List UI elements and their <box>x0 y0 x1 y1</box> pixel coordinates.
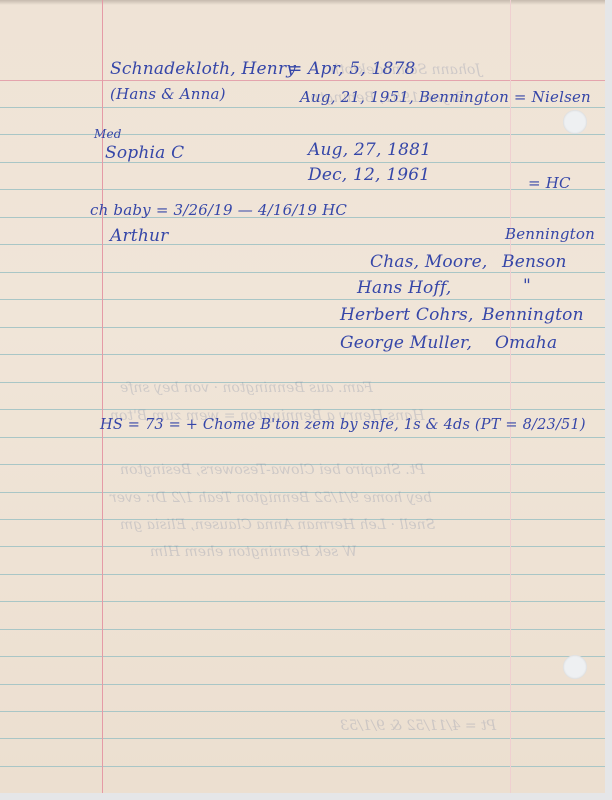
pallbearer-name: George Muller, <box>340 335 472 352</box>
birth-date: = Apr, 5, 1878 <box>288 61 416 78</box>
ruled-line <box>0 738 605 739</box>
ruled-line <box>0 244 605 245</box>
married-label: Med <box>94 128 122 140</box>
pallbearer-place: Omaha <box>495 335 557 352</box>
spouse-birth: Aug, 27, 1881 <box>308 142 431 159</box>
pallbearer-place-header: Bennington <box>505 227 595 242</box>
ruled-line <box>0 354 605 355</box>
child-note: ch baby = 3/26/19 — 4/16/19 HC <box>90 203 347 218</box>
ruled-line <box>0 766 605 767</box>
ruled-line <box>0 684 605 685</box>
death-line: Aug, 21, 1951, Bennington = Nielsen <box>300 90 591 105</box>
pallbearer-place: " <box>523 278 531 295</box>
right-margin-line <box>510 0 511 793</box>
ruled-line <box>0 711 605 712</box>
punch-hole <box>563 110 587 134</box>
footer-note: HS = 73 = + Chome B'ton zem by snfe, 1s … <box>100 418 586 433</box>
bleed-through-text: bey home 9/1/52 Bennigton Teah 1/2 Dr. e… <box>110 490 432 506</box>
pallbearer-name: Herbert Cohrs, <box>340 307 474 324</box>
parents: (Hans & Anna) <box>110 87 226 102</box>
spouse-name: Sophia C <box>105 145 184 162</box>
spouse-death: Dec, 12, 1961 <box>308 167 430 184</box>
ruled-line <box>0 299 605 300</box>
scan-edge-shadow <box>0 0 605 5</box>
ruled-line <box>0 134 605 135</box>
ruled-line <box>0 107 605 108</box>
subject-name: Schnadekloth, Henry <box>110 61 296 78</box>
bleed-through-text: Pt. Shapiro bei Clowa-Tesowers, Besingto… <box>120 462 425 478</box>
ruled-line <box>0 189 605 190</box>
child-name: Arthur <box>110 228 168 245</box>
ruled-line <box>0 272 605 273</box>
bleed-through-text: Snell · Leh Herman Anna Clausen, Elisia … <box>120 517 435 533</box>
ruled-line <box>0 162 605 163</box>
scan-border-right <box>605 0 612 800</box>
pallbearer-name: Hans Hoff, <box>357 280 451 297</box>
bleed-through-text: Fam. aus Bennington · von bey snfe <box>120 380 373 396</box>
ruled-line <box>0 656 605 657</box>
notebook-page: Johann Schnadekloth Bryan 1951, Beningtn… <box>0 0 605 793</box>
spouse-death-note: = HC <box>528 176 571 191</box>
ruled-line <box>0 327 605 328</box>
left-margin-line <box>102 0 103 793</box>
punch-hole <box>563 655 587 679</box>
pallbearer-name: Chas, Moore, <box>370 254 488 271</box>
bleed-through-text: Pt = 4/11/52 & 9/1/53 <box>340 718 496 734</box>
pallbearer-place: Benson <box>502 254 567 271</box>
ruled-line <box>0 574 605 575</box>
scan-border-bottom <box>0 793 612 800</box>
ruled-line <box>0 437 605 438</box>
header-rule <box>0 80 605 81</box>
ruled-line <box>0 601 605 602</box>
pallbearer-place: Bennington <box>482 307 584 324</box>
bleed-through-text: W sek Bennington ehem Hlm <box>150 544 357 560</box>
ruled-line <box>0 629 605 630</box>
